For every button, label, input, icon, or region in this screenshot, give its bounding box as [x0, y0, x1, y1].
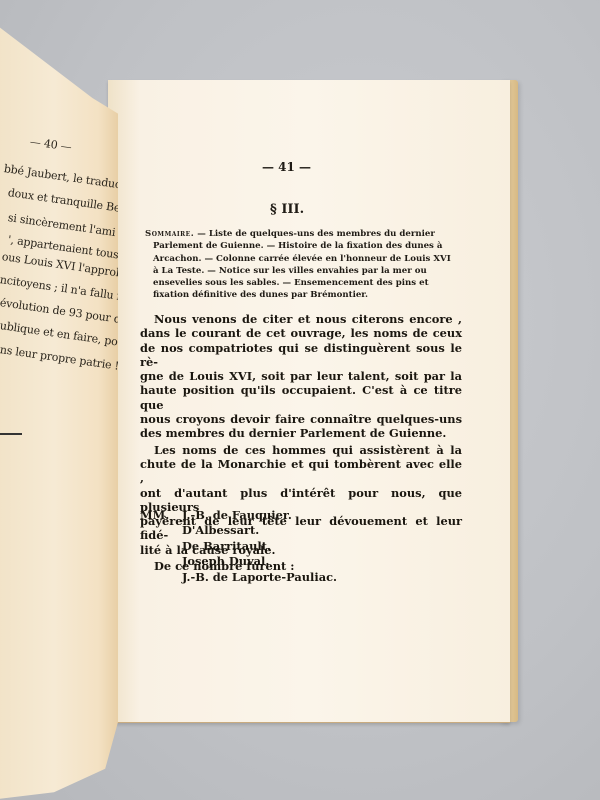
left-text-line: ns leur propre patrie ! [0, 343, 118, 373]
chapter-summary: Sommaire. — Liste de quelques-uns des me… [145, 228, 465, 302]
section-heading: § III. [270, 202, 304, 217]
summary-label: Sommaire. [145, 229, 194, 239]
names-prefix: MM. [140, 508, 182, 523]
text-line: Nous venons de citer et nous citerons en… [140, 312, 462, 326]
name-entry: J.-B. de Laporte-Pauliac. [182, 570, 337, 585]
summary-line: fixation définitive des dunes par Brémon… [145, 289, 465, 301]
names-list: MM. J.-B. de Fauquier. D'Albessart. De B… [140, 508, 337, 585]
name-row: D'Albessart. [140, 523, 337, 538]
text-line: Les noms de ces hommes qui assistèrent à… [140, 443, 462, 457]
summary-line: Arcachon. — Colonne carrée élevée en l'h… [145, 253, 465, 265]
name-entry: D'Albessart. [182, 523, 259, 538]
text-line: nous croyons devoir faire connaître quel… [140, 412, 462, 426]
text-line: gne de Louis XVI, soit par leur talent, … [140, 369, 462, 383]
section-rule [0, 433, 22, 435]
name-row: Joseph Duval. [140, 554, 337, 569]
text-line: chute de la Monarchie et qui tombèrent a… [140, 457, 462, 486]
name-row: De Barritault. [140, 539, 337, 554]
left-page-number: — 40 — [29, 135, 72, 154]
text-line: de nos compatriotes qui se distinguèrent… [140, 341, 462, 370]
name-entry: De Barritault. [182, 539, 271, 554]
summary-line: ensevelies sous les sables. — Ensemencem… [145, 277, 465, 289]
left-page: — 40 — bbé Jaubert, le traducteur des do… [0, 20, 118, 800]
name-entry: Joseph Duval. [182, 554, 269, 569]
page-number: — 41 — [262, 160, 311, 174]
paragraph: Nous venons de citer et nous citerons en… [140, 312, 462, 441]
text-line: haute position qu'ils occupaient. C'est … [140, 383, 462, 412]
name-entry: J.-B. de Fauquier. [182, 508, 292, 523]
name-row: MM. J.-B. de Fauquier. [140, 508, 337, 523]
text-line: dans le courant de cet ouvrage, les noms… [140, 326, 462, 340]
open-book-photo: — 40 — bbé Jaubert, le traducteur des do… [0, 0, 600, 800]
text-line: des membres du dernier Parlement de Guie… [140, 426, 462, 440]
summary-line: à La Teste. — Notice sur les villes enva… [145, 265, 465, 277]
name-row: J.-B. de Laporte-Pauliac. [140, 570, 337, 585]
summary-line: Parlement de Guienne. — Histoire de la f… [145, 240, 465, 252]
summary-line: — Liste de quelques-uns des membres du d… [197, 229, 435, 239]
